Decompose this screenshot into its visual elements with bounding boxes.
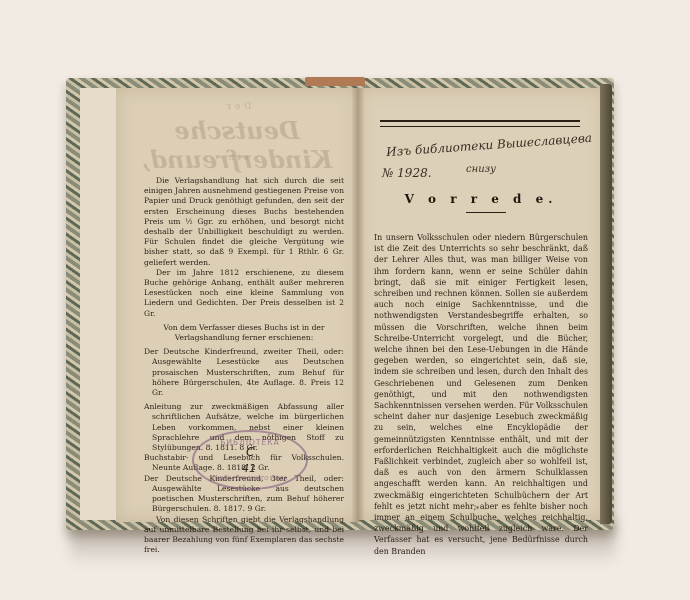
- heading-rule: [466, 212, 506, 213]
- notice-paragraph-price: Die Verlagshandlung hat sich durch die s…: [144, 176, 344, 268]
- header-double-rule: [380, 120, 580, 127]
- chapter-heading-vorrede: V o r r e d e.: [358, 192, 604, 206]
- book-gutter: [352, 88, 364, 522]
- preface-paragraph: In unsern Volksschulen oder niedern Bürg…: [374, 232, 588, 557]
- bleed-through-title: Deutsche Kinderfreund,: [116, 116, 358, 174]
- stamp-bottom-text: ПАВЛО-ГОРОДСКАГО УѢЗДА: [194, 476, 306, 482]
- notice-heading-other-works: Von dem Verfasser dieses Buchs ist in de…: [144, 323, 344, 343]
- right-page: Изъ библиотеки Вышеславцева № 1928. сниз…: [358, 88, 604, 520]
- stamp-shelf-letter: C: [246, 445, 254, 459]
- spine-top-leather: [305, 77, 365, 86]
- preface-body: In unsern Volksschulen oder niedern Bürg…: [374, 232, 588, 557]
- publisher-notice: Die Verlagshandlung hat sich durch die s…: [144, 176, 344, 555]
- stamp-number: 41: [242, 462, 256, 475]
- library-stamp: БИБЛІОТЕКА C 41 ПАВЛО-ГОРОДСКАГО УѢЗДА: [192, 430, 308, 490]
- handwritten-library-note: Изъ библиотеки Вышеславцева: [386, 131, 593, 159]
- notice-paragraph-anhang: Der im Jahre 1812 erschienene, zu diesem…: [144, 268, 344, 319]
- book-listing-kinderfreund-2: Der Deutsche Kinderfreund, zweiter Theil…: [144, 347, 344, 398]
- endpaper: [80, 88, 120, 520]
- cover-right-edge: [600, 84, 612, 524]
- notice-paragraph-discount: Von diesen Schriften giebt die Verlagsha…: [144, 515, 344, 556]
- left-page: Der Deutsche Kinderfreund, ein Die Verla…: [116, 88, 358, 522]
- handwritten-note-small: снизу: [466, 164, 496, 175]
- signature-mark: *: [476, 506, 479, 513]
- bleed-through-ein: ein: [116, 153, 358, 163]
- handwritten-catalog-number: № 1928.: [382, 166, 432, 180]
- bleed-through-der: Der: [116, 102, 358, 112]
